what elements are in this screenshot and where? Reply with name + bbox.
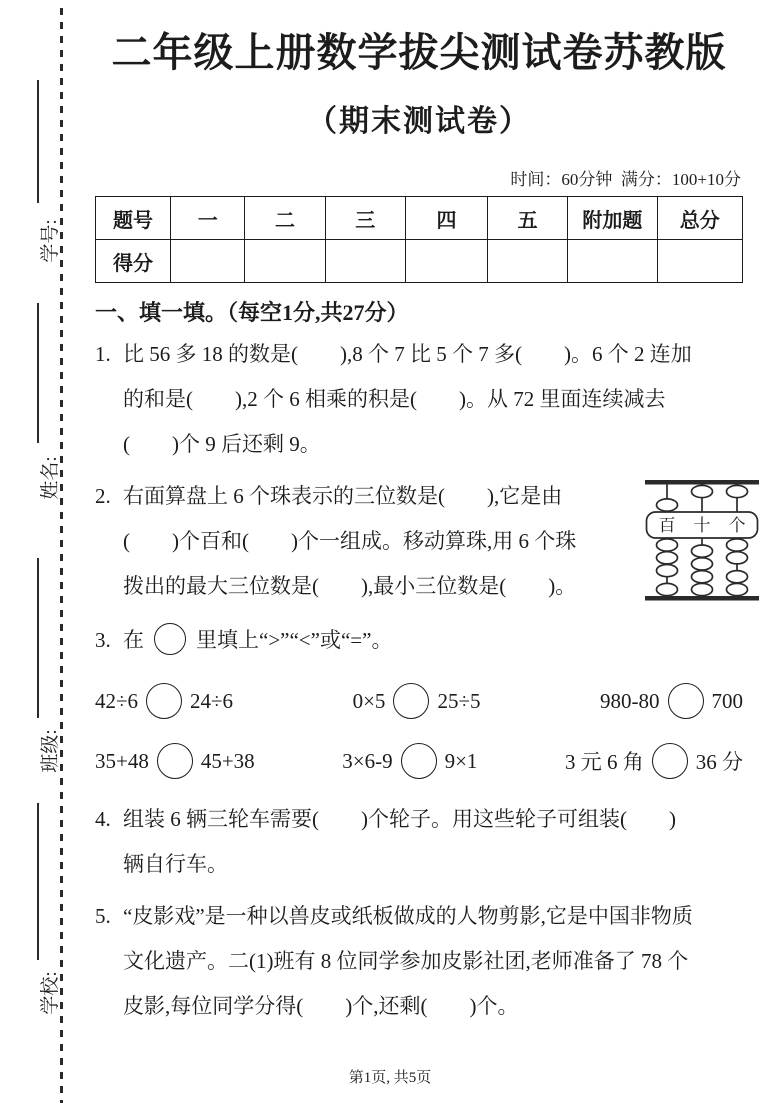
score-row: 得分 — [96, 240, 743, 283]
sidebar-fill-line-class — [37, 558, 39, 718]
section-one-heading: 一、填一填。（每空1分,共27分） — [95, 296, 743, 327]
question-line: ( )个 9 后还剩 9。 — [123, 422, 743, 467]
question-line: “皮影戏”是一种以兽皮或纸板做成的人物剪影,它是中国非物质 — [123, 894, 743, 939]
score-header-cell: 一 — [171, 197, 245, 240]
comparison-circle-icon — [146, 683, 182, 719]
question-line: ( )个百和( )个一组成。移动算珠,用 6 个珠 — [123, 519, 631, 564]
score-header-cell: 题号 — [96, 197, 171, 240]
comparison-item: 35+4845+38 — [95, 743, 255, 779]
question-line: 的和是( ),2 个 6 相乘的积是( )。从 72 里面连续减去 — [123, 377, 743, 422]
comparison-item: 3×6-99×1 — [342, 743, 477, 779]
question-line: 辆自行车。 — [123, 842, 743, 887]
comparison-right: 25÷5 — [437, 689, 480, 714]
question-line: 文化遗产。二(1)班有 8 位同学参加皮影社团,老师准备了 78 个 — [123, 939, 743, 984]
abacus-bead — [727, 552, 748, 564]
comparison-left: 42÷6 — [95, 689, 138, 714]
main-content: 二年级上册数学拔尖测试卷苏教版 （期末测试卷） 时间：60分钟 满分：100+1… — [95, 16, 743, 1029]
abacus-bead — [657, 539, 678, 551]
comparison-item: 42÷624÷6 — [95, 683, 233, 719]
question-1-number: 1. — [95, 332, 123, 467]
abacus-bead — [692, 583, 713, 595]
score-header-cell: 二 — [245, 197, 325, 240]
sidebar-fill-line-name — [37, 303, 39, 443]
comparison-left: 0×5 — [353, 689, 386, 714]
question-3-text-after: 里填上“>”“<”或“=”。 — [196, 628, 392, 652]
question-2: 2. 右面算盘上 6 个珠表示的三位数是( ),它是由( )个百和( )个一组成… — [95, 474, 743, 609]
seal-dashed-line — [60, 8, 63, 1103]
sidebar-fill-line-school — [37, 803, 39, 960]
abacus-svg: 百十个 — [645, 474, 759, 606]
score-cell — [245, 240, 325, 283]
sidebar-label-class: 班级: — [38, 716, 64, 786]
question-1: 1. 比 56 多 18 的数是( ),8 个 7 比 5 个 7 多( )。6… — [95, 332, 743, 467]
comparison-left: 980-80 — [600, 689, 660, 714]
question-5-number: 5. — [95, 894, 123, 1029]
sidebar-label-student-id: 学号: — [38, 206, 64, 276]
comparison-row: 42÷624÷60×525÷5980-80700 — [95, 679, 743, 723]
question-line: 皮影,每位同学分得( )个,还剩( )个。 — [123, 984, 743, 1029]
question-1-lines: 比 56 多 18 的数是( ),8 个 7 比 5 个 7 多( )。6 个 … — [123, 332, 743, 467]
abacus-top-bar — [645, 480, 759, 485]
comparison-right: 36 分 — [696, 746, 743, 776]
comparison-circle-icon — [652, 743, 688, 779]
score-header-cell: 四 — [405, 197, 487, 240]
comparison-right: 45+38 — [201, 749, 255, 774]
score-cell — [568, 240, 657, 283]
comparison-circle-icon — [668, 683, 704, 719]
comparison-left: 3 元 6 角 — [565, 746, 644, 776]
comparison-grid: 42÷624÷60×525÷5980-8070035+4845+383×6-99… — [95, 679, 743, 783]
sidebar-label-school: 学校: — [38, 958, 64, 1028]
score-table: 题号一二三四五附加题总分 得分 — [95, 196, 743, 283]
abacus-bead — [727, 583, 748, 595]
question-line: 组装 6 辆三轮车需要( )个轮子。用这些轮子可组装( ) — [123, 797, 743, 842]
score-cell — [171, 240, 245, 283]
question-4-lines: 组装 6 辆三轮车需要( )个轮子。用这些轮子可组装( )辆自行车。 — [123, 797, 743, 887]
comparison-item: 3 元 6 角36 分 — [565, 743, 743, 779]
comparison-circle-icon — [401, 743, 437, 779]
question-line: 比 56 多 18 的数是( ),8 个 7 比 5 个 7 多( )。6 个 … — [123, 332, 743, 377]
comparison-right: 700 — [712, 689, 744, 714]
score-header-cell: 附加题 — [568, 197, 657, 240]
abacus-bead — [692, 545, 713, 557]
page-footer: 第1页, 共5页 — [0, 1066, 780, 1087]
abacus-column-label: 十 — [694, 516, 711, 535]
abacus-bead — [657, 583, 678, 595]
question-line: 右面算盘上 6 个珠表示的三位数是( ),它是由 — [123, 474, 631, 519]
page-title: 二年级上册数学拔尖测试卷苏教版 — [95, 28, 743, 78]
comparison-circle-icon — [157, 743, 193, 779]
question-3: 3. 在里填上“>”“<”或“=”。 — [95, 618, 743, 663]
comparison-right: 9×1 — [445, 749, 478, 774]
abacus-bead — [657, 565, 678, 577]
score-header-row: 题号一二三四五附加题总分 — [96, 197, 743, 240]
score-cell — [325, 240, 405, 283]
comparison-circle-icon — [393, 683, 429, 719]
test-paper-page: 学号: 姓名: 班级: 学校: 二年级上册数学拔尖测试卷苏教版 （期末测试卷） … — [0, 0, 780, 1103]
comparison-left: 35+48 — [95, 749, 149, 774]
score-cell — [488, 240, 568, 283]
abacus-column-label: 百 — [659, 516, 676, 535]
abacus-bead — [727, 539, 748, 551]
question-line: 拨出的最大三位数是( ),最小三位数是( )。 — [123, 564, 631, 609]
sidebar-label-name: 姓名: — [38, 443, 64, 513]
score-header-cell: 总分 — [657, 197, 742, 240]
abacus-bead — [692, 558, 713, 570]
question-5: 5. “皮影戏”是一种以兽皮或纸板做成的人物剪影,它是中国非物质文化遗产。二(1… — [95, 894, 743, 1029]
page-subtitle: （期末测试卷） — [95, 96, 743, 140]
score-cell — [657, 240, 742, 283]
abacus: 百十个 — [645, 474, 759, 606]
abacus-bead — [727, 485, 748, 497]
question-4-number: 4. — [95, 797, 123, 887]
fill-circle-icon — [154, 623, 186, 655]
exam-info: 时间：60分钟 满分：100+10分 — [95, 165, 741, 190]
score-cell — [405, 240, 487, 283]
abacus-bead — [727, 571, 748, 583]
abacus-labels: 百十个 — [659, 516, 746, 535]
comparison-row: 35+4845+383×6-99×13 元 6 角36 分 — [95, 739, 743, 783]
comparison-item: 980-80700 — [600, 683, 743, 719]
score-header-cell: 五 — [488, 197, 568, 240]
abacus-bead — [657, 499, 678, 511]
score-row-label: 得分 — [96, 240, 171, 283]
comparison-left: 3×6-9 — [342, 749, 392, 774]
sidebar-fill-line-student-id — [37, 80, 39, 203]
question-2-number: 2. — [95, 474, 123, 609]
question-3-text-before: 在 — [123, 628, 144, 652]
abacus-bottom-bar — [645, 596, 759, 601]
abacus-column-label: 个 — [729, 516, 746, 535]
question-4: 4. 组装 6 辆三轮车需要( )个轮子。用这些轮子可组装( )辆自行车。 — [95, 797, 743, 887]
question-3-number: 3. — [95, 618, 123, 663]
abacus-bead — [657, 552, 678, 564]
abacus-bead — [692, 571, 713, 583]
score-header-cell: 三 — [325, 197, 405, 240]
question-3-line: 在里填上“>”“<”或“=”。 — [123, 618, 743, 663]
question-5-lines: “皮影戏”是一种以兽皮或纸板做成的人物剪影,它是中国非物质文化遗产。二(1)班有… — [123, 894, 743, 1029]
abacus-bead — [692, 485, 713, 497]
comparison-right: 24÷6 — [190, 689, 233, 714]
comparison-item: 0×525÷5 — [353, 683, 481, 719]
